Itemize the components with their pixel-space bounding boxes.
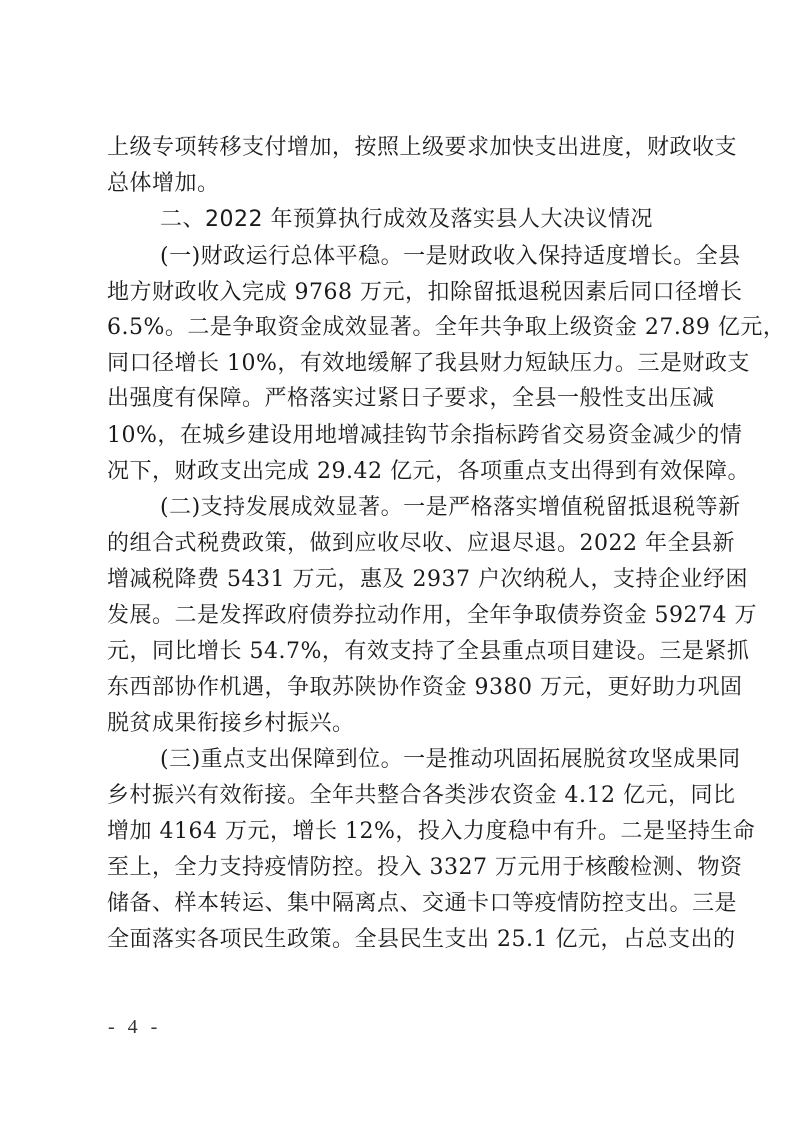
paragraph-3-line: (三)重点支出保障到位。一是推动巩固拓展脱贫攻坚成果同 (160, 742, 691, 778)
page-number: - 4 - (108, 1016, 161, 1039)
paragraph-2-line: 脱贫成果衔接乡村振兴。 (107, 706, 691, 742)
text-line: 上级专项转移支付增加，按照上级要求加快支出进度，财政收支 (107, 130, 691, 166)
section-heading: 二、2022 年预算执行成效及落实县人大决议情况 (160, 202, 653, 238)
paragraph-1-line: 况下，财政支出完成 29.42 亿元，各项重点支出得到有效保障。 (107, 454, 691, 490)
paragraph-1-line: 10%，在城乡建设用地增减挂钩节余指标跨省交易资金减少的情 (107, 418, 691, 454)
paragraph-2-line: 发展。二是发挥政府债券拉动作用，全年争取债券资金 59274 万 (107, 598, 691, 634)
paragraph-3-line: 储备、样本转运、集中隔离点、交通卡口等疫情防控支出。三是 (107, 886, 691, 922)
paragraph-2-line: 增减税降费 5431 万元，惠及 2937 户次纳税人，支持企业纾困 (107, 562, 691, 598)
text-line: 总体增加。 (107, 166, 691, 202)
paragraph-1-line: 地方财政收入完成 9768 万元，扣除留抵退税因素后同口径增长 (107, 275, 691, 311)
paragraph-3-line: 至上，全力支持疫情防控。投入 3327 万元用于核酸检测、物资 (107, 850, 691, 886)
paragraph-2-line: (二)支持发展成效显著。一是严格落实增值税留抵退税等新 (160, 490, 691, 526)
paragraph-2-line: 元，同比增长 54.7%，有效支持了全县重点项目建设。三是紧抓 (107, 634, 691, 670)
document-page: 上级专项转移支付增加，按照上级要求加快支出进度，财政收支 总体增加。 二、202… (0, 0, 793, 1122)
paragraph-1-line: 出强度有保障。严格落实过紧日子要求，全县一般性支出压减 (107, 381, 691, 417)
paragraph-1-line: 6.5%。二是争取资金成效显著。全年共争取上级资金 27.89 亿元， (107, 310, 691, 346)
paragraph-3-line: 乡村振兴有效衔接。全年共整合各类涉农资金 4.12 亿元，同比 (107, 778, 691, 814)
paragraph-1-line: (一)财政运行总体平稳。一是财政收入保持适度增长。全县 (160, 239, 691, 275)
paragraph-3-line: 增加 4164 万元，增长 12%，投入力度稳中有升。二是坚持生命 (107, 814, 691, 850)
paragraph-2-line: 东西部协作机遇，争取苏陕协作资金 9380 万元，更好助力巩固 (107, 670, 691, 706)
paragraph-3-line: 全面落实各项民生政策。全县民生支出 25.1 亿元，占总支出的 (107, 922, 691, 958)
paragraph-1-line: 同口径增长 10%，有效地缓解了我县财力短缺压力。三是财政支 (107, 346, 691, 382)
paragraph-2-line: 的组合式税费政策，做到应收尽收、应退尽退。2022 年全县新 (107, 526, 691, 562)
